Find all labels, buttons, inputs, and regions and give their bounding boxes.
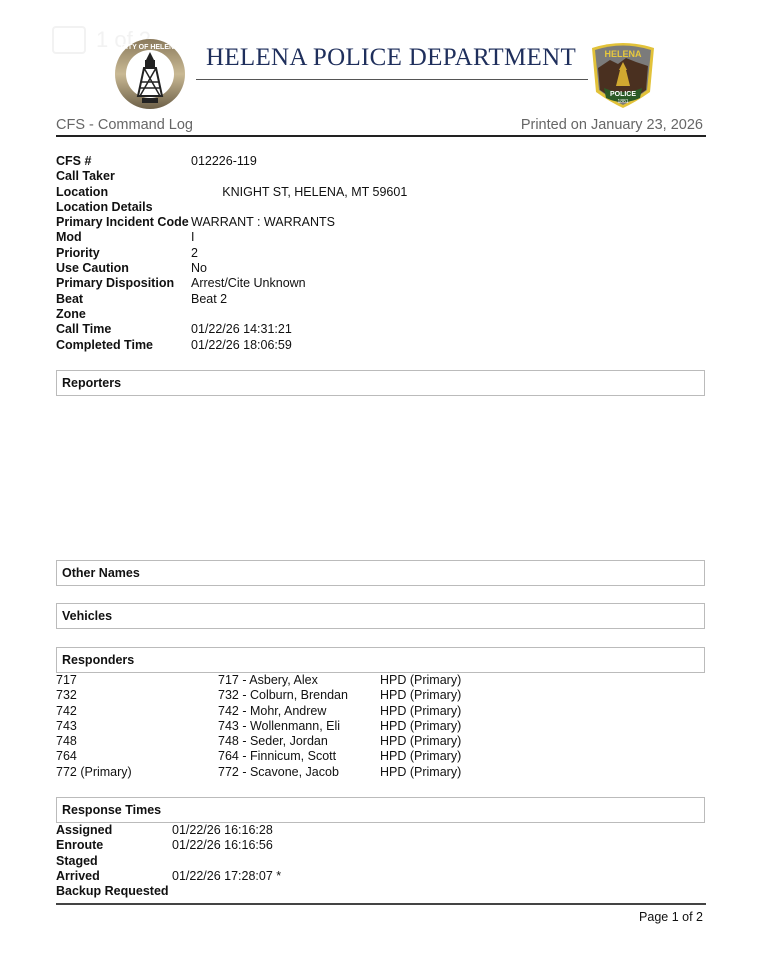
section-response-times: Response Times xyxy=(56,797,705,823)
response-time-label: Arrived xyxy=(56,869,172,884)
field-row: ModI xyxy=(56,230,407,245)
field-value: 01/22/26 18:06:59 xyxy=(191,338,292,353)
responders-table: 717717 - Asbery, AlexHPD (Primary)732732… xyxy=(56,673,461,780)
section-title: Responders xyxy=(62,653,134,667)
section-title: Response Times xyxy=(62,803,161,817)
title-underline xyxy=(196,79,588,80)
responder-unit: 772 (Primary) xyxy=(56,765,218,780)
field-value: 01/22/26 14:31:21 xyxy=(191,322,292,337)
field-label: Call Taker xyxy=(56,169,191,184)
field-row: Use CautionNo xyxy=(56,261,407,276)
responder-row: 717717 - Asbery, AlexHPD (Primary) xyxy=(56,673,461,688)
responder-officer: 732 - Colburn, Brendan xyxy=(218,688,380,703)
field-row: CFS #012226-119 xyxy=(56,154,407,169)
field-value: Arrest/Cite Unknown xyxy=(191,276,306,291)
responder-row: 764764 - Finnicum, ScottHPD (Primary) xyxy=(56,749,461,764)
field-row: Call Time01/22/26 14:31:21 xyxy=(56,322,407,337)
responder-officer: 717 - Asbery, Alex xyxy=(218,673,380,688)
responder-officer: 748 - Seder, Jordan xyxy=(218,734,380,749)
section-title: Other Names xyxy=(62,566,140,580)
field-value: 2 xyxy=(191,246,198,261)
field-label: Call Time xyxy=(56,322,191,337)
responder-row: 748748 - Seder, JordanHPD (Primary) xyxy=(56,734,461,749)
responder-agency: HPD (Primary) xyxy=(380,688,461,703)
responder-officer: 764 - Finnicum, Scott xyxy=(218,749,380,764)
header-divider xyxy=(56,135,706,137)
field-label: Primary Disposition xyxy=(56,276,191,291)
responder-unit: 717 xyxy=(56,673,218,688)
section-vehicles: Vehicles xyxy=(56,603,705,629)
page-thumbnail-icon xyxy=(52,26,86,54)
section-reporters: Reporters xyxy=(56,370,705,396)
field-row: BeatBeat 2 xyxy=(56,292,407,307)
response-time-value: 01/22/26 16:16:56 xyxy=(172,838,273,853)
field-label: Location Details xyxy=(56,200,191,215)
response-time-label: Backup Requested xyxy=(56,884,172,899)
responder-unit: 732 xyxy=(56,688,218,703)
field-row: Completed Time01/22/26 18:06:59 xyxy=(56,338,407,353)
response-time-label: Staged xyxy=(56,854,172,869)
responder-row: 743743 - Wollenmann, EliHPD (Primary) xyxy=(56,719,461,734)
field-label: CFS # xyxy=(56,154,191,169)
field-row: Location KNIGHT ST, HELENA, MT 59601 xyxy=(56,185,407,200)
field-value: KNIGHT ST, HELENA, MT 59601 xyxy=(191,185,407,200)
field-value: No xyxy=(191,261,207,276)
response-time-row: Arrived01/22/26 17:28:07 * xyxy=(56,869,281,884)
field-value: I xyxy=(191,230,194,245)
svg-text:POLICE: POLICE xyxy=(610,91,636,98)
response-time-value: 01/22/26 17:28:07 * xyxy=(172,869,281,884)
responder-agency: HPD (Primary) xyxy=(380,734,461,749)
field-value: 012226-119 xyxy=(191,154,257,169)
field-label: Primary Incident Code xyxy=(56,215,191,230)
responder-officer: 743 - Wollenmann, Eli xyxy=(218,719,380,734)
field-label: Zone xyxy=(56,307,191,322)
svg-text:CITY OF HELENA: CITY OF HELENA xyxy=(121,44,179,51)
responder-agency: HPD (Primary) xyxy=(380,719,461,734)
page-number: Page 1 of 2 xyxy=(639,910,703,924)
field-value: WARRANT : WARRANTS xyxy=(191,215,335,230)
responder-unit: 748 xyxy=(56,734,218,749)
responder-row: 742742 - Mohr, AndrewHPD (Primary) xyxy=(56,704,461,719)
printed-date: Printed on January 23, 2026 xyxy=(521,117,703,133)
field-label: Mod xyxy=(56,230,191,245)
responder-officer: 772 - Scavone, Jacob xyxy=(218,765,380,780)
section-responders: Responders xyxy=(56,647,705,673)
field-label: Completed Time xyxy=(56,338,191,353)
responder-agency: HPD (Primary) xyxy=(380,673,461,688)
department-title: HELENA POLICE DEPARTMENT xyxy=(196,44,586,72)
field-label: Beat xyxy=(56,292,191,307)
field-label: Location xyxy=(56,185,191,200)
responder-row: 732732 - Colburn, BrendanHPD (Primary) xyxy=(56,688,461,703)
section-title: Reporters xyxy=(62,376,121,390)
responder-officer: 742 - Mohr, Andrew xyxy=(218,704,380,719)
helena-police-badge-icon: HELENA POLICE 1881 xyxy=(588,40,658,110)
section-other-names: Other Names xyxy=(56,560,705,586)
field-label: Use Caution xyxy=(56,261,191,276)
responder-unit: 764 xyxy=(56,749,218,764)
responder-agency: HPD (Primary) xyxy=(380,749,461,764)
response-time-row: Enroute01/22/26 16:16:56 xyxy=(56,838,281,853)
response-time-value: 01/22/26 16:16:28 xyxy=(172,823,273,838)
field-row: Call Taker xyxy=(56,169,407,184)
response-time-label: Enroute xyxy=(56,838,172,853)
field-row: Zone xyxy=(56,307,407,322)
field-row: Priority2 xyxy=(56,246,407,261)
field-label: Priority xyxy=(56,246,191,261)
field-row: Primary DispositionArrest/Cite Unknown xyxy=(56,276,407,291)
field-row: Location Details xyxy=(56,200,407,215)
call-details: CFS #012226-119Call TakerLocation KNIGHT… xyxy=(56,154,407,353)
response-time-row: Staged xyxy=(56,854,281,869)
svg-text:HELENA: HELENA xyxy=(604,49,642,59)
responder-agency: HPD (Primary) xyxy=(380,704,461,719)
response-time-label: Assigned xyxy=(56,823,172,838)
field-row: Primary Incident CodeWARRANT : WARRANTS xyxy=(56,215,407,230)
responder-unit: 742 xyxy=(56,704,218,719)
svg-text:1881: 1881 xyxy=(617,99,628,105)
responder-row: 772 (Primary)772 - Scavone, JacobHPD (Pr… xyxy=(56,765,461,780)
response-time-row: Backup Requested xyxy=(56,884,281,899)
responder-agency: HPD (Primary) xyxy=(380,765,461,780)
responder-unit: 743 xyxy=(56,719,218,734)
city-of-helena-seal-icon: CITY OF HELENA xyxy=(114,38,186,110)
footer-divider xyxy=(56,903,706,905)
response-times-list: Assigned01/22/26 16:16:28Enroute01/22/26… xyxy=(56,823,281,899)
response-time-row: Assigned01/22/26 16:16:28 xyxy=(56,823,281,838)
section-title: Vehicles xyxy=(62,609,112,623)
report-type: CFS - Command Log xyxy=(56,117,193,133)
field-value: Beat 2 xyxy=(191,292,227,307)
